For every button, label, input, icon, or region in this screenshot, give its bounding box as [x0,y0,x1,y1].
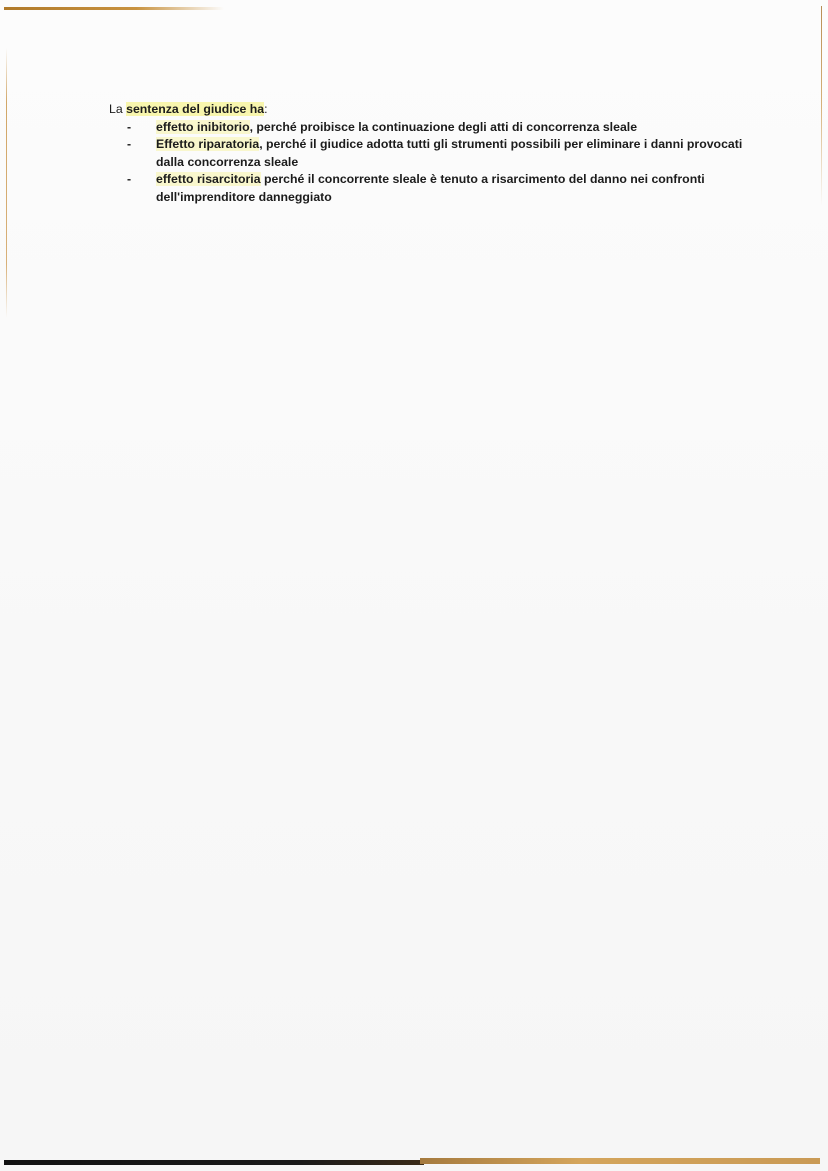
item-text: , perché proibisce la continuazione degl… [250,120,637,134]
page-edge-left [6,48,7,318]
item-term: effetto risarcitoria [156,172,261,186]
list-item: - Effetto riparatoria, perché il giudice… [109,136,749,171]
bullet-dash: - [127,136,131,154]
document-body: La sentenza del giudice ha: - effetto in… [109,101,749,206]
intro-line: La sentenza del giudice ha: [109,101,749,119]
page-edge-top [4,7,224,10]
bullet-dash: - [127,119,131,137]
bullet-dash: - [127,171,131,189]
intro-prefix: La [109,102,126,116]
scanned-page: La sentenza del giudice ha: - effetto in… [0,0,828,1171]
item-term: Effetto riparatoria [156,137,259,151]
page-edge-bottom [420,1158,820,1164]
list-item: - effetto inibitorio, perché proibisce l… [109,119,749,137]
page-edge-right [821,6,822,206]
effects-list: - effetto inibitorio, perché proibisce l… [109,119,749,207]
intro-suffix: : [264,102,267,116]
intro-highlight: sentenza del giudice ha [126,102,264,116]
page-edge-bottom-shadow [4,1160,424,1165]
list-item: - effetto risarcitoria perché il concorr… [109,171,749,206]
item-term: effetto inibitorio [156,120,250,134]
